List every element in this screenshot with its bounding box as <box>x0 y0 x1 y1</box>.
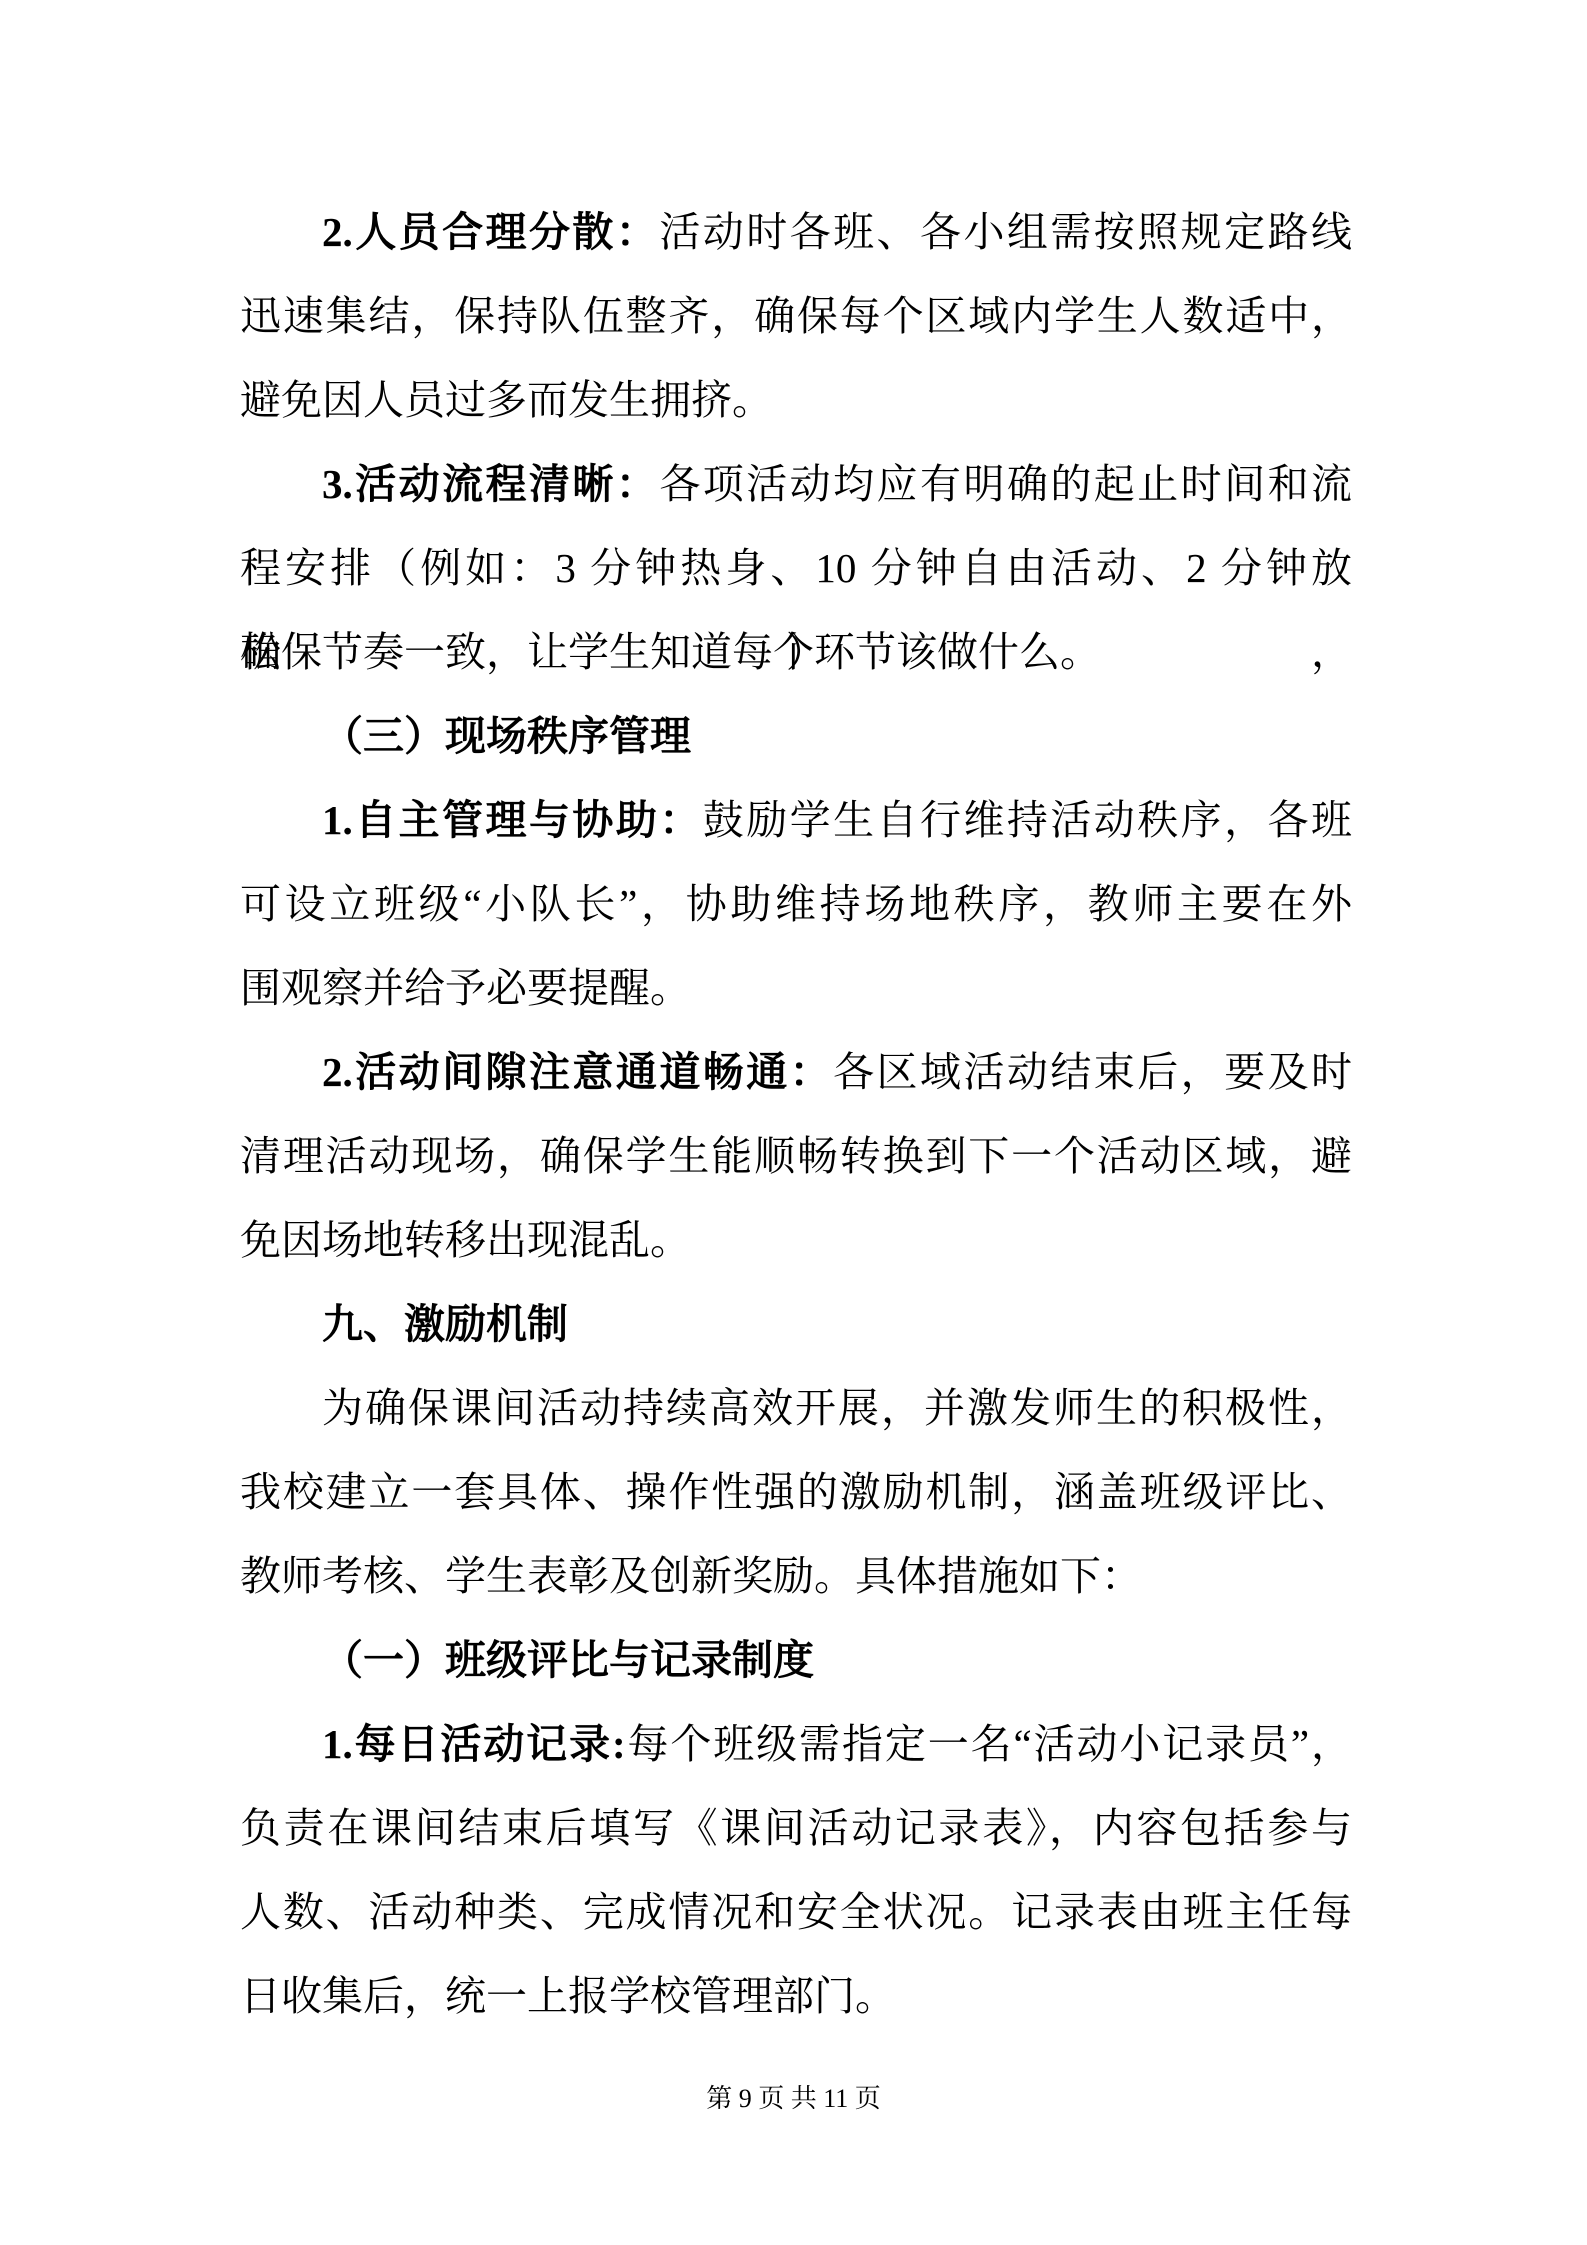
text-run: 各区域活动结束后，要及时 <box>833 1049 1352 1095</box>
text-line: 人数、活动种类、完成情况和安全状况。记录表由班主任每 <box>240 1870 1352 1954</box>
text-line: 1.自主管理与协助：鼓励学生自行维持活动秩序，各班 <box>240 778 1352 862</box>
text-run: 教师考核、学生表彰及创新奖励。具体措施如下： <box>240 1553 1142 1599</box>
text-run: 清理活动现场，确保学生能顺畅转换到下一个活动区域，避 <box>240 1133 1352 1179</box>
text-run: 确保节奏一致，让学生知道每个环节该做什么。 <box>240 629 1101 675</box>
text-run: 迅速集结，保持队伍整齐，确保每个区域内学生人数适中， <box>240 293 1352 339</box>
section-heading: （三）现场秩序管理 <box>240 694 1352 778</box>
text-line: 可设立班级“小队长”，协助维持场地秩序，教师主要在外 <box>240 862 1352 946</box>
text-run: 围观察并给予必要提醒。 <box>240 965 691 1011</box>
text-line: 教师考核、学生表彰及创新奖励。具体措施如下： <box>240 1534 1352 1618</box>
text-run: 活动时各班、各小组需按照规定路线 <box>659 209 1352 255</box>
bold-lead-run: 九、激励机制 <box>322 1301 568 1347</box>
text-line: 1.每日活动记录:每个班级需指定一名“活动小记录员”， <box>240 1702 1352 1786</box>
text-run: 每个班级需指定一名“活动小记录员”， <box>626 1721 1352 1767</box>
text-line: 2.活动间隙注意通道畅通：各区域活动结束后，要及时 <box>240 1030 1352 1114</box>
text-line: 免因场地转移出现混乱。 <box>240 1198 1352 1282</box>
section-heading: （一）班级评比与记录制度 <box>240 1618 1352 1702</box>
bold-lead-run: （三）现场秩序管理 <box>322 713 691 759</box>
bold-lead-run: 3.活动流程清晰： <box>322 461 659 507</box>
text-line: 2.人员合理分散：活动时各班、各小组需按照规定路线 <box>240 190 1352 274</box>
text-run: 免因场地转移出现混乱。 <box>240 1217 691 1263</box>
text-line: 日收集后，统一上报学校管理部门。 <box>240 1954 1352 2038</box>
page-number-text: 第 9 页 共 11 页 <box>706 2084 881 2113</box>
text-run: 我校建立一套具体、操作性强的激励机制，涵盖班级评比、 <box>240 1469 1352 1515</box>
text-run: 日收集后，统一上报学校管理部门。 <box>240 1973 896 2019</box>
bold-lead-run: 1.自主管理与协助： <box>322 797 703 843</box>
bold-lead-run: 1.每日活动记录: <box>322 1721 626 1767</box>
text-line: 清理活动现场，确保学生能顺畅转换到下一个活动区域，避 <box>240 1114 1352 1198</box>
text-run: 各项活动均应有明确的起止时间和流 <box>659 461 1352 507</box>
text-run: 可设立班级“小队长”，协助维持场地秩序，教师主要在外 <box>240 881 1352 927</box>
bold-lead-run: 2.活动间隙注意通道畅通： <box>322 1049 833 1095</box>
bold-lead-run: （一）班级评比与记录制度 <box>322 1637 814 1683</box>
bold-lead-run: 2.人员合理分散： <box>322 209 659 255</box>
text-line: 避免因人员过多而发生拥挤。 <box>240 358 1352 442</box>
document-page: 2.人员合理分散：活动时各班、各小组需按照规定路线迅速集结，保持队伍整齐，确保每… <box>0 0 1587 2245</box>
text-line: 为确保课间活动持续高效开展，并激发师生的积极性， <box>240 1366 1352 1450</box>
text-run: 避免因人员过多而发生拥挤。 <box>240 377 773 423</box>
text-line: 迅速集结，保持队伍整齐，确保每个区域内学生人数适中， <box>240 274 1352 358</box>
page-footer: 第 9 页 共 11 页 <box>0 2082 1587 2116</box>
text-line: 程安排（例如：3 分钟热身、10 分钟自由活动、2 分钟放松）， <box>240 526 1352 610</box>
text-run: 人数、活动种类、完成情况和安全状况。记录表由班主任每 <box>240 1889 1352 1935</box>
text-line: 围观察并给予必要提醒。 <box>240 946 1352 1030</box>
text-run: 负责在课间结束后填写《课间活动记录表》，内容包括参与 <box>240 1805 1352 1851</box>
document-body: 2.人员合理分散：活动时各班、各小组需按照规定路线迅速集结，保持队伍整齐，确保每… <box>240 190 1352 2038</box>
text-run: 为确保课间活动持续高效开展，并激发师生的积极性， <box>322 1385 1352 1431</box>
text-line: 3.活动流程清晰：各项活动均应有明确的起止时间和流 <box>240 442 1352 526</box>
text-run: 鼓励学生自行维持活动秩序，各班 <box>703 797 1352 843</box>
section-heading: 九、激励机制 <box>240 1282 1352 1366</box>
text-line: 负责在课间结束后填写《课间活动记录表》，内容包括参与 <box>240 1786 1352 1870</box>
text-line: 我校建立一套具体、操作性强的激励机制，涵盖班级评比、 <box>240 1450 1352 1534</box>
